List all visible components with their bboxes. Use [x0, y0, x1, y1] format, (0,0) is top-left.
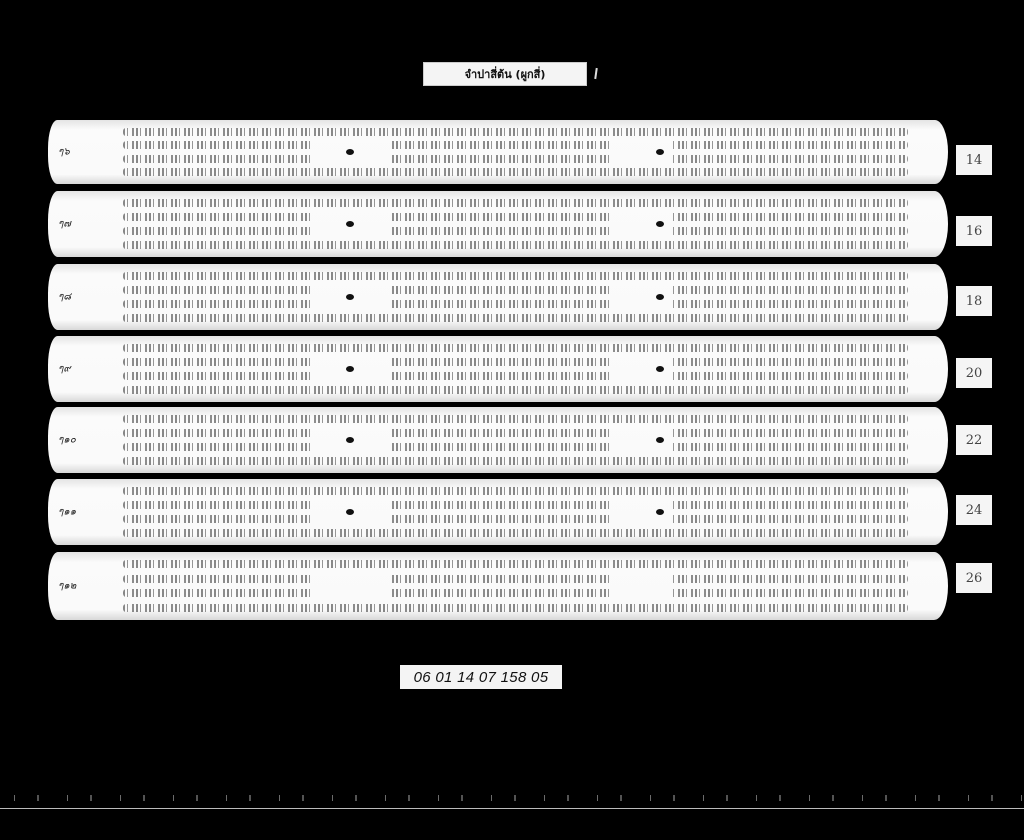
- text-line: [123, 527, 908, 539]
- text-line: [123, 455, 908, 467]
- page-number-box: 18: [956, 286, 992, 316]
- palm-leaf-2: ๆ๗: [48, 191, 948, 257]
- margin-note: ๆ๑๑: [58, 505, 76, 520]
- string-hole-icon: [656, 149, 664, 155]
- text-line: [123, 499, 908, 511]
- string-hole-icon: [346, 221, 354, 227]
- title-label: จำปาสี่ต้น (ผูกสี่): [423, 62, 587, 86]
- text-line: [123, 211, 908, 223]
- margin-note: ๆ๑๒: [58, 579, 76, 594]
- tick-mark: [594, 68, 598, 79]
- string-hole-icon: [346, 149, 354, 155]
- palm-leaf-7: ๆ๑๒: [48, 552, 948, 620]
- text-line: [123, 298, 908, 310]
- string-hole-icon: [656, 294, 664, 300]
- film-edge-marks: [0, 795, 1024, 801]
- palm-leaf-4: ๆ๙: [48, 336, 948, 402]
- margin-note: ๆ๘: [58, 290, 71, 305]
- text-line: [123, 166, 908, 178]
- catalog-number-label: 06 01 14 07 158 05: [400, 665, 562, 689]
- text-line: [123, 370, 908, 382]
- text-line: [123, 558, 908, 570]
- string-hole-icon: [346, 366, 354, 372]
- page-number-box: 26: [956, 563, 992, 593]
- page-number-box: 20: [956, 358, 992, 388]
- page-number-box: 22: [956, 425, 992, 455]
- page-number-box: 24: [956, 495, 992, 525]
- text-line: [123, 153, 908, 165]
- string-hole-icon: [656, 366, 664, 372]
- string-hole-icon: [656, 221, 664, 227]
- page-number-box: 14: [956, 145, 992, 175]
- leaf-text: [123, 558, 908, 614]
- palm-leaf-6: ๆ๑๑: [48, 479, 948, 545]
- text-line: [123, 384, 908, 396]
- palm-leaf-1: ๆ๖: [48, 120, 948, 184]
- page-number-box: 16: [956, 216, 992, 246]
- text-line: [123, 284, 908, 296]
- text-line: [123, 139, 908, 151]
- text-line: [123, 239, 908, 251]
- leaf-text: [123, 413, 908, 467]
- text-line: [123, 573, 908, 585]
- leaf-text: [123, 197, 908, 251]
- text-line: [123, 485, 908, 497]
- string-hole-icon: [656, 437, 664, 443]
- text-line: [123, 225, 908, 237]
- leaf-text: [123, 342, 908, 396]
- text-line: [123, 270, 908, 282]
- text-line: [123, 342, 908, 354]
- margin-note: ๆ๗: [58, 217, 71, 232]
- string-hole-icon: [346, 437, 354, 443]
- text-line: [123, 356, 908, 368]
- leaf-text: [123, 270, 908, 324]
- leaf-text: [123, 485, 908, 539]
- text-line: [123, 197, 908, 209]
- text-line: [123, 126, 908, 138]
- text-line: [123, 602, 908, 614]
- margin-note: ๆ๙: [58, 362, 71, 377]
- palm-leaf-3: ๆ๘: [48, 264, 948, 330]
- film-edge-line: [0, 808, 1024, 809]
- text-line: [123, 587, 908, 599]
- margin-note: ๆ๖: [58, 145, 70, 160]
- leaf-text: [123, 126, 908, 178]
- string-hole-icon: [656, 509, 664, 515]
- string-hole-icon: [346, 294, 354, 300]
- text-line: [123, 513, 908, 525]
- palm-leaf-5: ๆ๑๐: [48, 407, 948, 473]
- text-line: [123, 441, 908, 453]
- margin-note: ๆ๑๐: [58, 433, 76, 448]
- string-hole-icon: [346, 509, 354, 515]
- text-line: [123, 312, 908, 324]
- text-line: [123, 413, 908, 425]
- text-line: [123, 427, 908, 439]
